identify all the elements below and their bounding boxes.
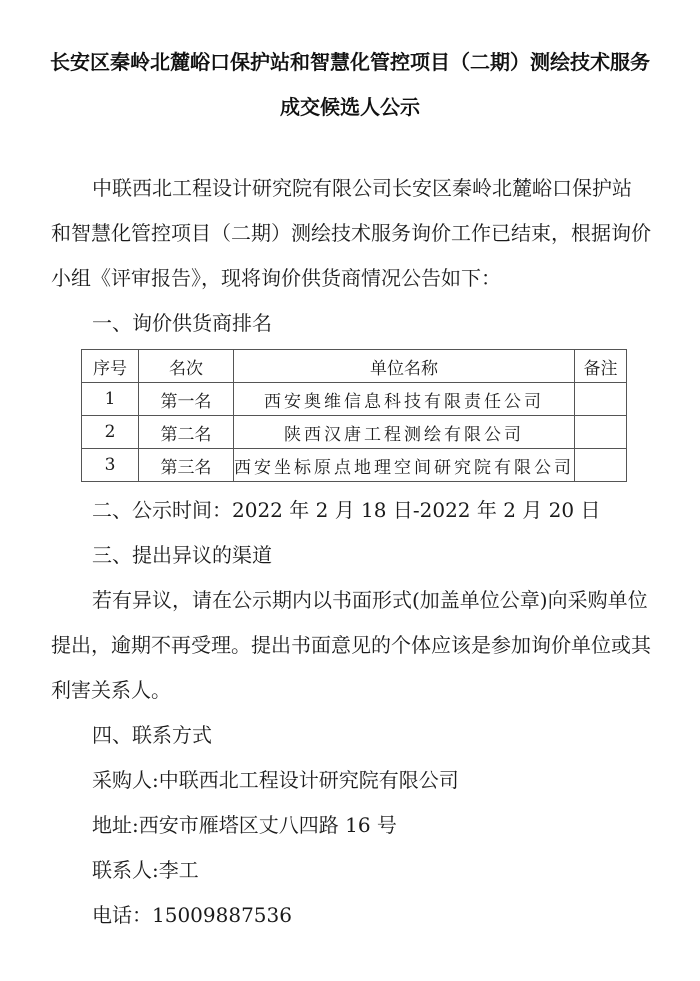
cell-company-name: 西安坐标原点地理空间研究院有限公司 xyxy=(234,449,575,482)
table-row: 3 第三名 西安坐标原点地理空间研究院有限公司 xyxy=(82,449,627,482)
cell-rank: 第一名 xyxy=(139,383,234,416)
contact-person: 联系人:李工 xyxy=(92,857,199,883)
cell-rank: 第二名 xyxy=(139,416,234,449)
cell-remark xyxy=(575,383,627,416)
cell-number: 3 xyxy=(82,449,139,482)
cell-remark xyxy=(575,449,627,482)
cell-company-name: 西安奥维信息科技有限责任公司 xyxy=(234,383,575,416)
cell-number: 2 xyxy=(82,416,139,449)
section-4-heading: 四、联系方式 xyxy=(92,722,212,748)
cell-company-name: 陕西汉唐工程测绘有限公司 xyxy=(234,416,575,449)
header-company-name: 单位名称 xyxy=(234,350,575,383)
document-title-line-2: 成交候选人公示 xyxy=(0,91,700,120)
section-2-publicity-period: 二、公示时间：2022 年 2 月 18 日-2022 年 2 月 20 日 xyxy=(92,497,600,523)
cell-rank: 第三名 xyxy=(139,449,234,482)
objection-paragraph-line-2: 提出，逾期不再受理。提出书面意见的个体应该是参加询价单位或其 xyxy=(51,632,651,658)
supplier-ranking-table: 序号 名次 单位名称 备注 1 第一名 西安奥维信息科技有限责任公司 2 第二名… xyxy=(81,349,627,482)
contact-address: 地址:西安市雁塔区丈八四路 16 号 xyxy=(92,812,397,838)
document-title-line-1: 长安区秦岭北麓峪口保护站和智慧化管控项目（二期）测绘技术服务 xyxy=(0,46,700,75)
intro-paragraph-line-2: 和智慧化管控项目（二期）测绘技术服务询价工作已结束，根据询价 xyxy=(51,220,651,246)
objection-paragraph-line-3: 利害关系人。 xyxy=(51,677,171,703)
intro-paragraph-line-1: 中联西北工程设计研究院有限公司长安区秦岭北麓峪口保护站 xyxy=(92,175,632,201)
header-remark: 备注 xyxy=(575,350,627,383)
intro-paragraph-line-3: 小组《评审报告》，现将询价供货商情况公告如下： xyxy=(51,265,501,291)
section-1-heading: 一、询价供货商排名 xyxy=(92,310,272,336)
contact-phone: 电话：15009887536 xyxy=(92,902,292,928)
header-rank: 名次 xyxy=(139,350,234,383)
table-row: 1 第一名 西安奥维信息科技有限责任公司 xyxy=(82,383,627,416)
cell-remark xyxy=(575,416,627,449)
header-number: 序号 xyxy=(82,350,139,383)
section-3-heading: 三、提出异议的渠道 xyxy=(92,542,272,568)
table-row: 2 第二名 陕西汉唐工程测绘有限公司 xyxy=(82,416,627,449)
contact-purchaser: 采购人:中联西北工程设计研究院有限公司 xyxy=(92,767,459,793)
table-header-row: 序号 名次 单位名称 备注 xyxy=(82,350,627,383)
objection-paragraph-line-1: 若有异议，请在公示期内以书面形式(加盖单位公章)向采购单位 xyxy=(92,587,648,613)
cell-number: 1 xyxy=(82,383,139,416)
